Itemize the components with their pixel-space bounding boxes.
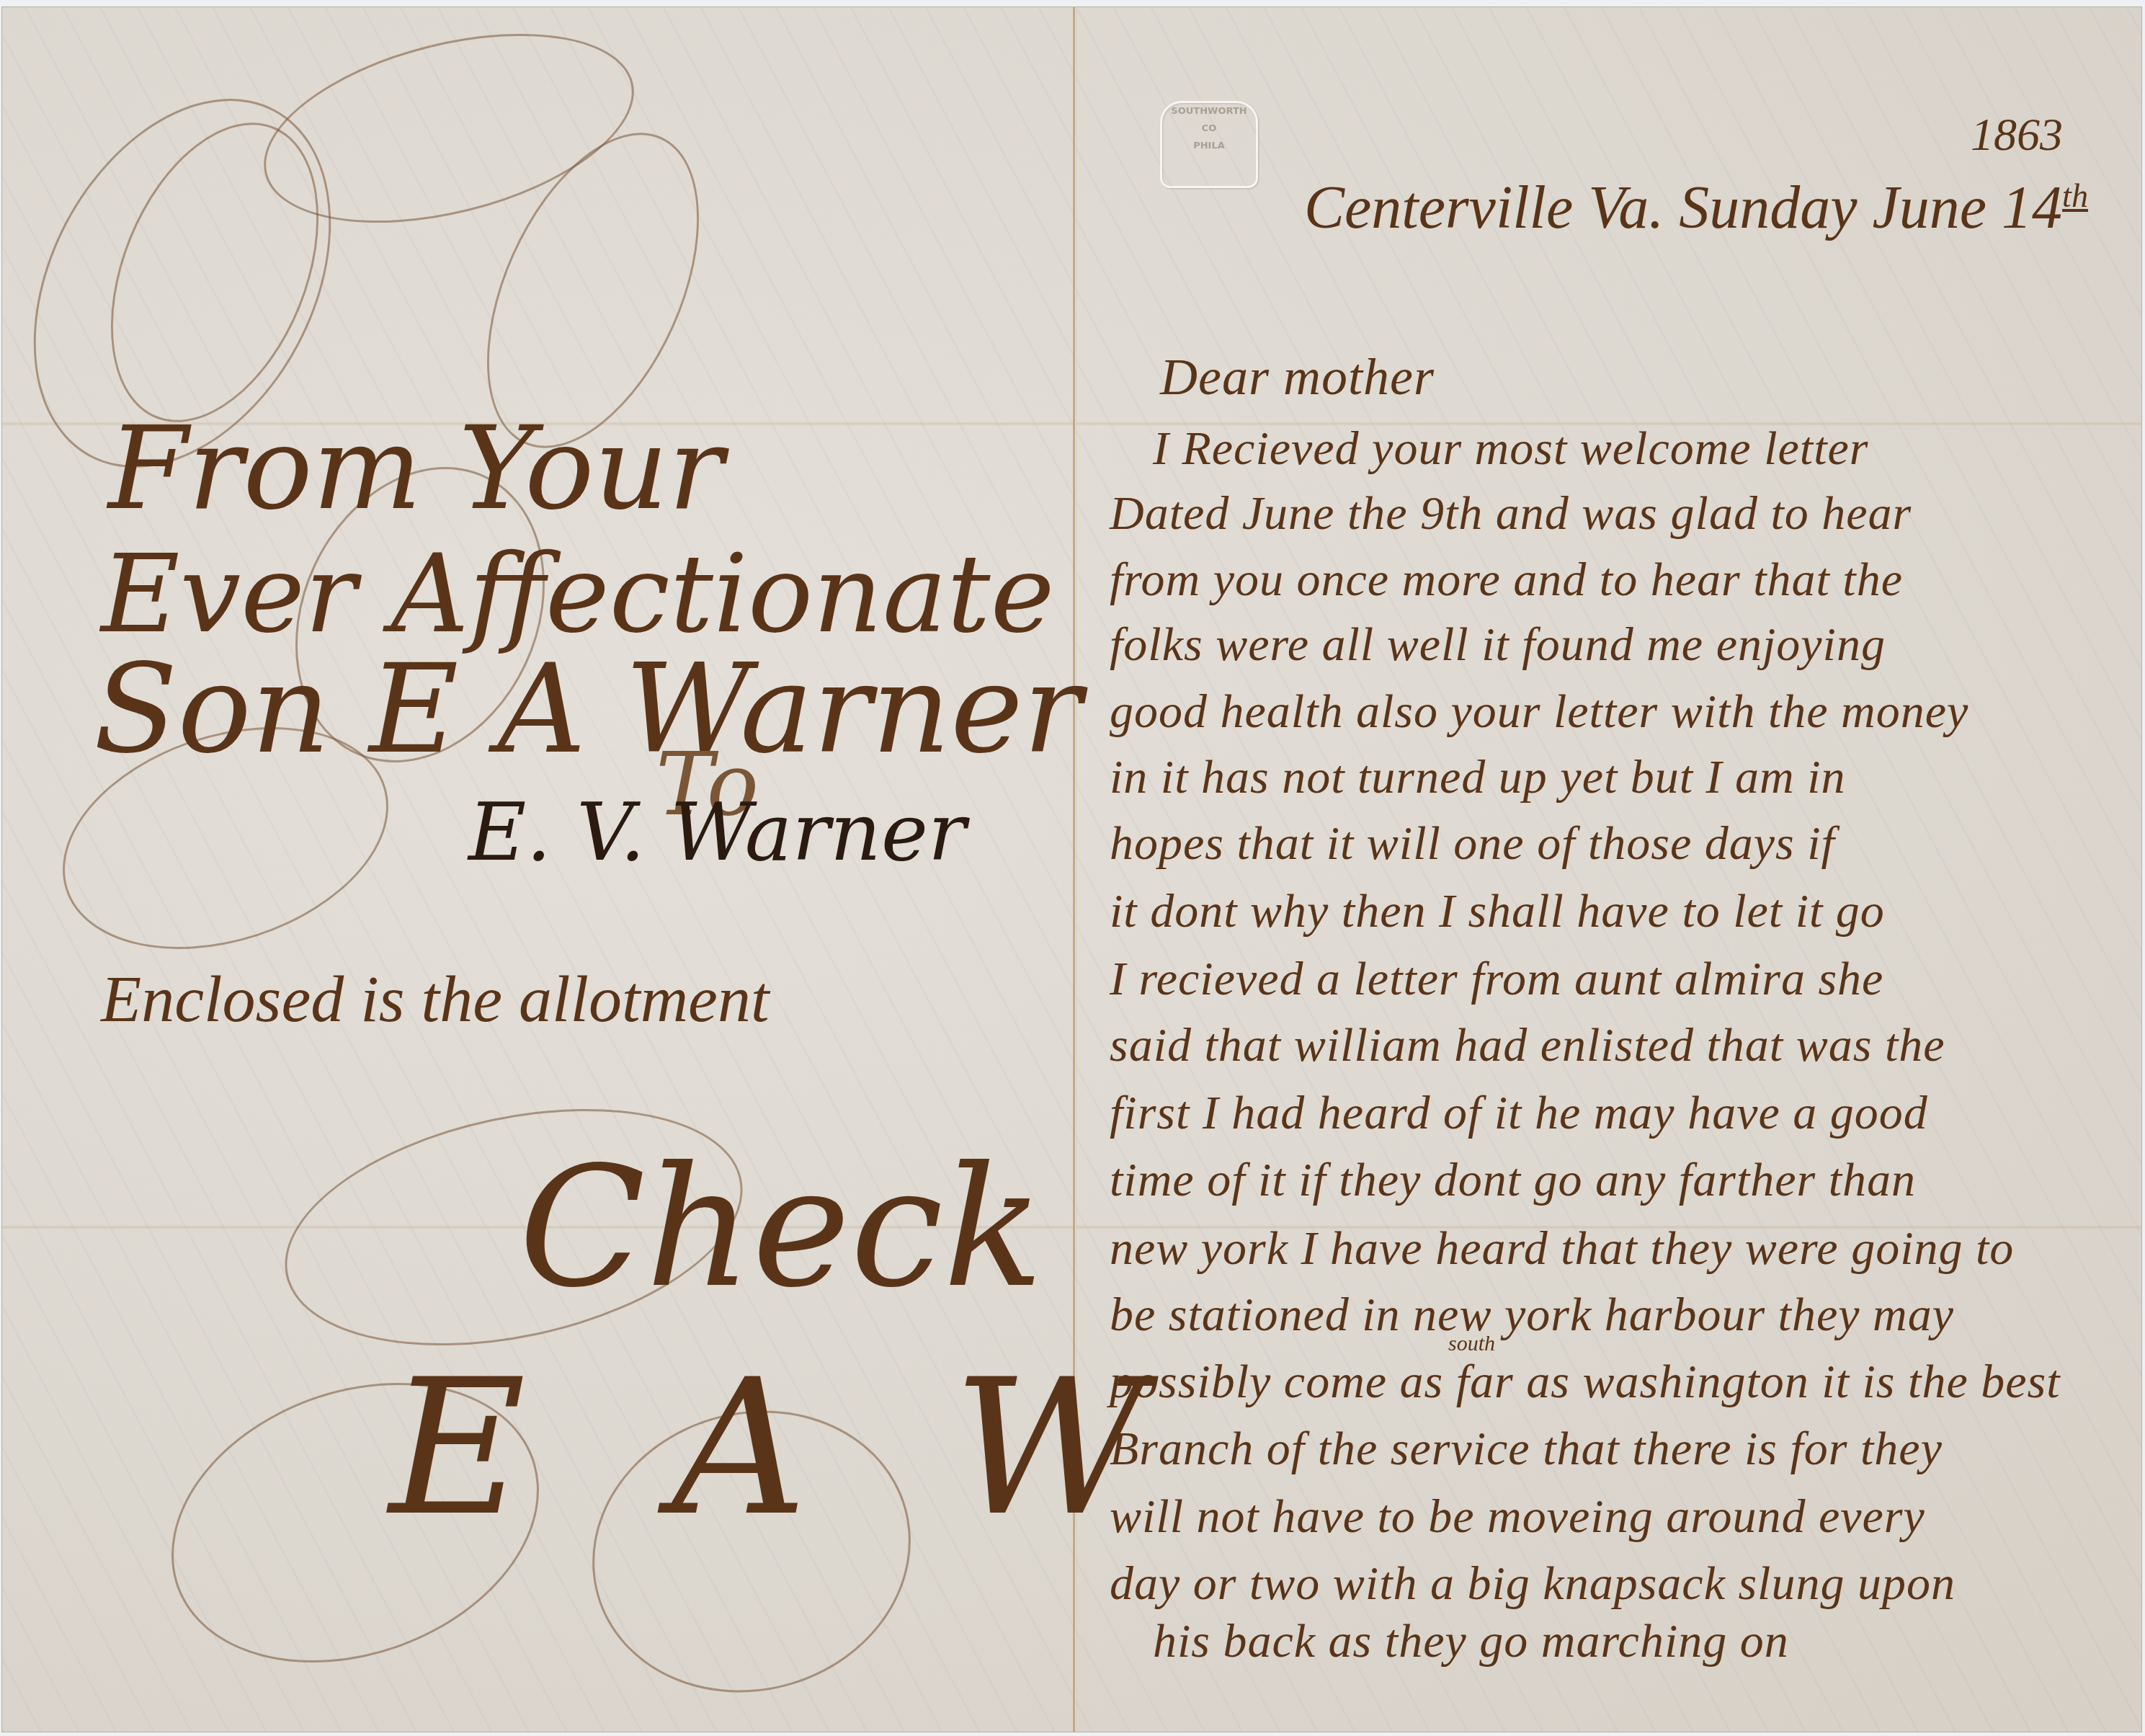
body-line: Branch of the service that there is for …: [1110, 1425, 1943, 1473]
body-line: be stationed in new york harbour they ma…: [1110, 1291, 1954, 1339]
stamp-line: PHILA: [1162, 138, 1256, 155]
inserted-word: south: [1448, 1332, 1495, 1356]
body-line: day or two with a big knapsack slung upo…: [1110, 1560, 1956, 1608]
body-line: from you once more and to hear that the: [1110, 556, 1903, 604]
body-line: it dont why then I shall have to let it …: [1110, 888, 1885, 935]
body-line: first I had heard of it he may have a go…: [1110, 1090, 1928, 1137]
embossed-stationer-stamp: SOUTHWORTH CO PHILA: [1160, 101, 1258, 188]
body-line: his back as they go marching on: [1153, 1618, 1789, 1665]
monogram: E A W: [389, 1355, 1189, 1542]
dateline-suffix: th: [2062, 177, 2088, 214]
enclosure-note: Enclosed is the allotment: [101, 966, 770, 1032]
recipient-name: E. V. Warner: [468, 793, 966, 872]
body-line: I Recieved your most welcome letter: [1153, 425, 1868, 473]
stamp-line: CO: [1162, 120, 1256, 138]
salutation: Dear mother: [1160, 353, 1435, 401]
body-line: possibly come as far as washington it is…: [1110, 1358, 2061, 1406]
body-line: new york I have heard that they were goi…: [1110, 1225, 2014, 1273]
body-line: folks were all well it found me enjoying: [1110, 621, 1886, 669]
body-line: said that william had enlisted that was …: [1110, 1022, 1945, 1069]
body-line: will not have to be moveing around every: [1110, 1493, 1925, 1541]
body-line: hopes that it will one of those days if: [1110, 820, 1835, 868]
body-line: in it has not turned up yet but I am in: [1110, 754, 1846, 801]
closing-line-2: Ever Affectionate: [101, 540, 1054, 649]
stamp-line: SOUTHWORTH: [1162, 103, 1256, 120]
dateline: Centerville Va. Sunday June 14th: [1304, 173, 2088, 243]
letter-year: 1863: [1971, 108, 2063, 161]
body-line: good health also your letter with the mo…: [1110, 688, 1968, 736]
signature-line: Son E A Warner: [94, 649, 1082, 771]
body-line: I recieved a letter from aunt almira she: [1110, 956, 1883, 1003]
body-line: time of it if they dont go any farther t…: [1110, 1157, 1916, 1204]
dateline-text: Centerville Va. Sunday June 14: [1304, 174, 2062, 241]
check-label: Check: [519, 1146, 1043, 1312]
body-line: Dated June the 9th and was glad to hear: [1110, 490, 1912, 538]
closing-line-1: From Your: [108, 411, 723, 526]
